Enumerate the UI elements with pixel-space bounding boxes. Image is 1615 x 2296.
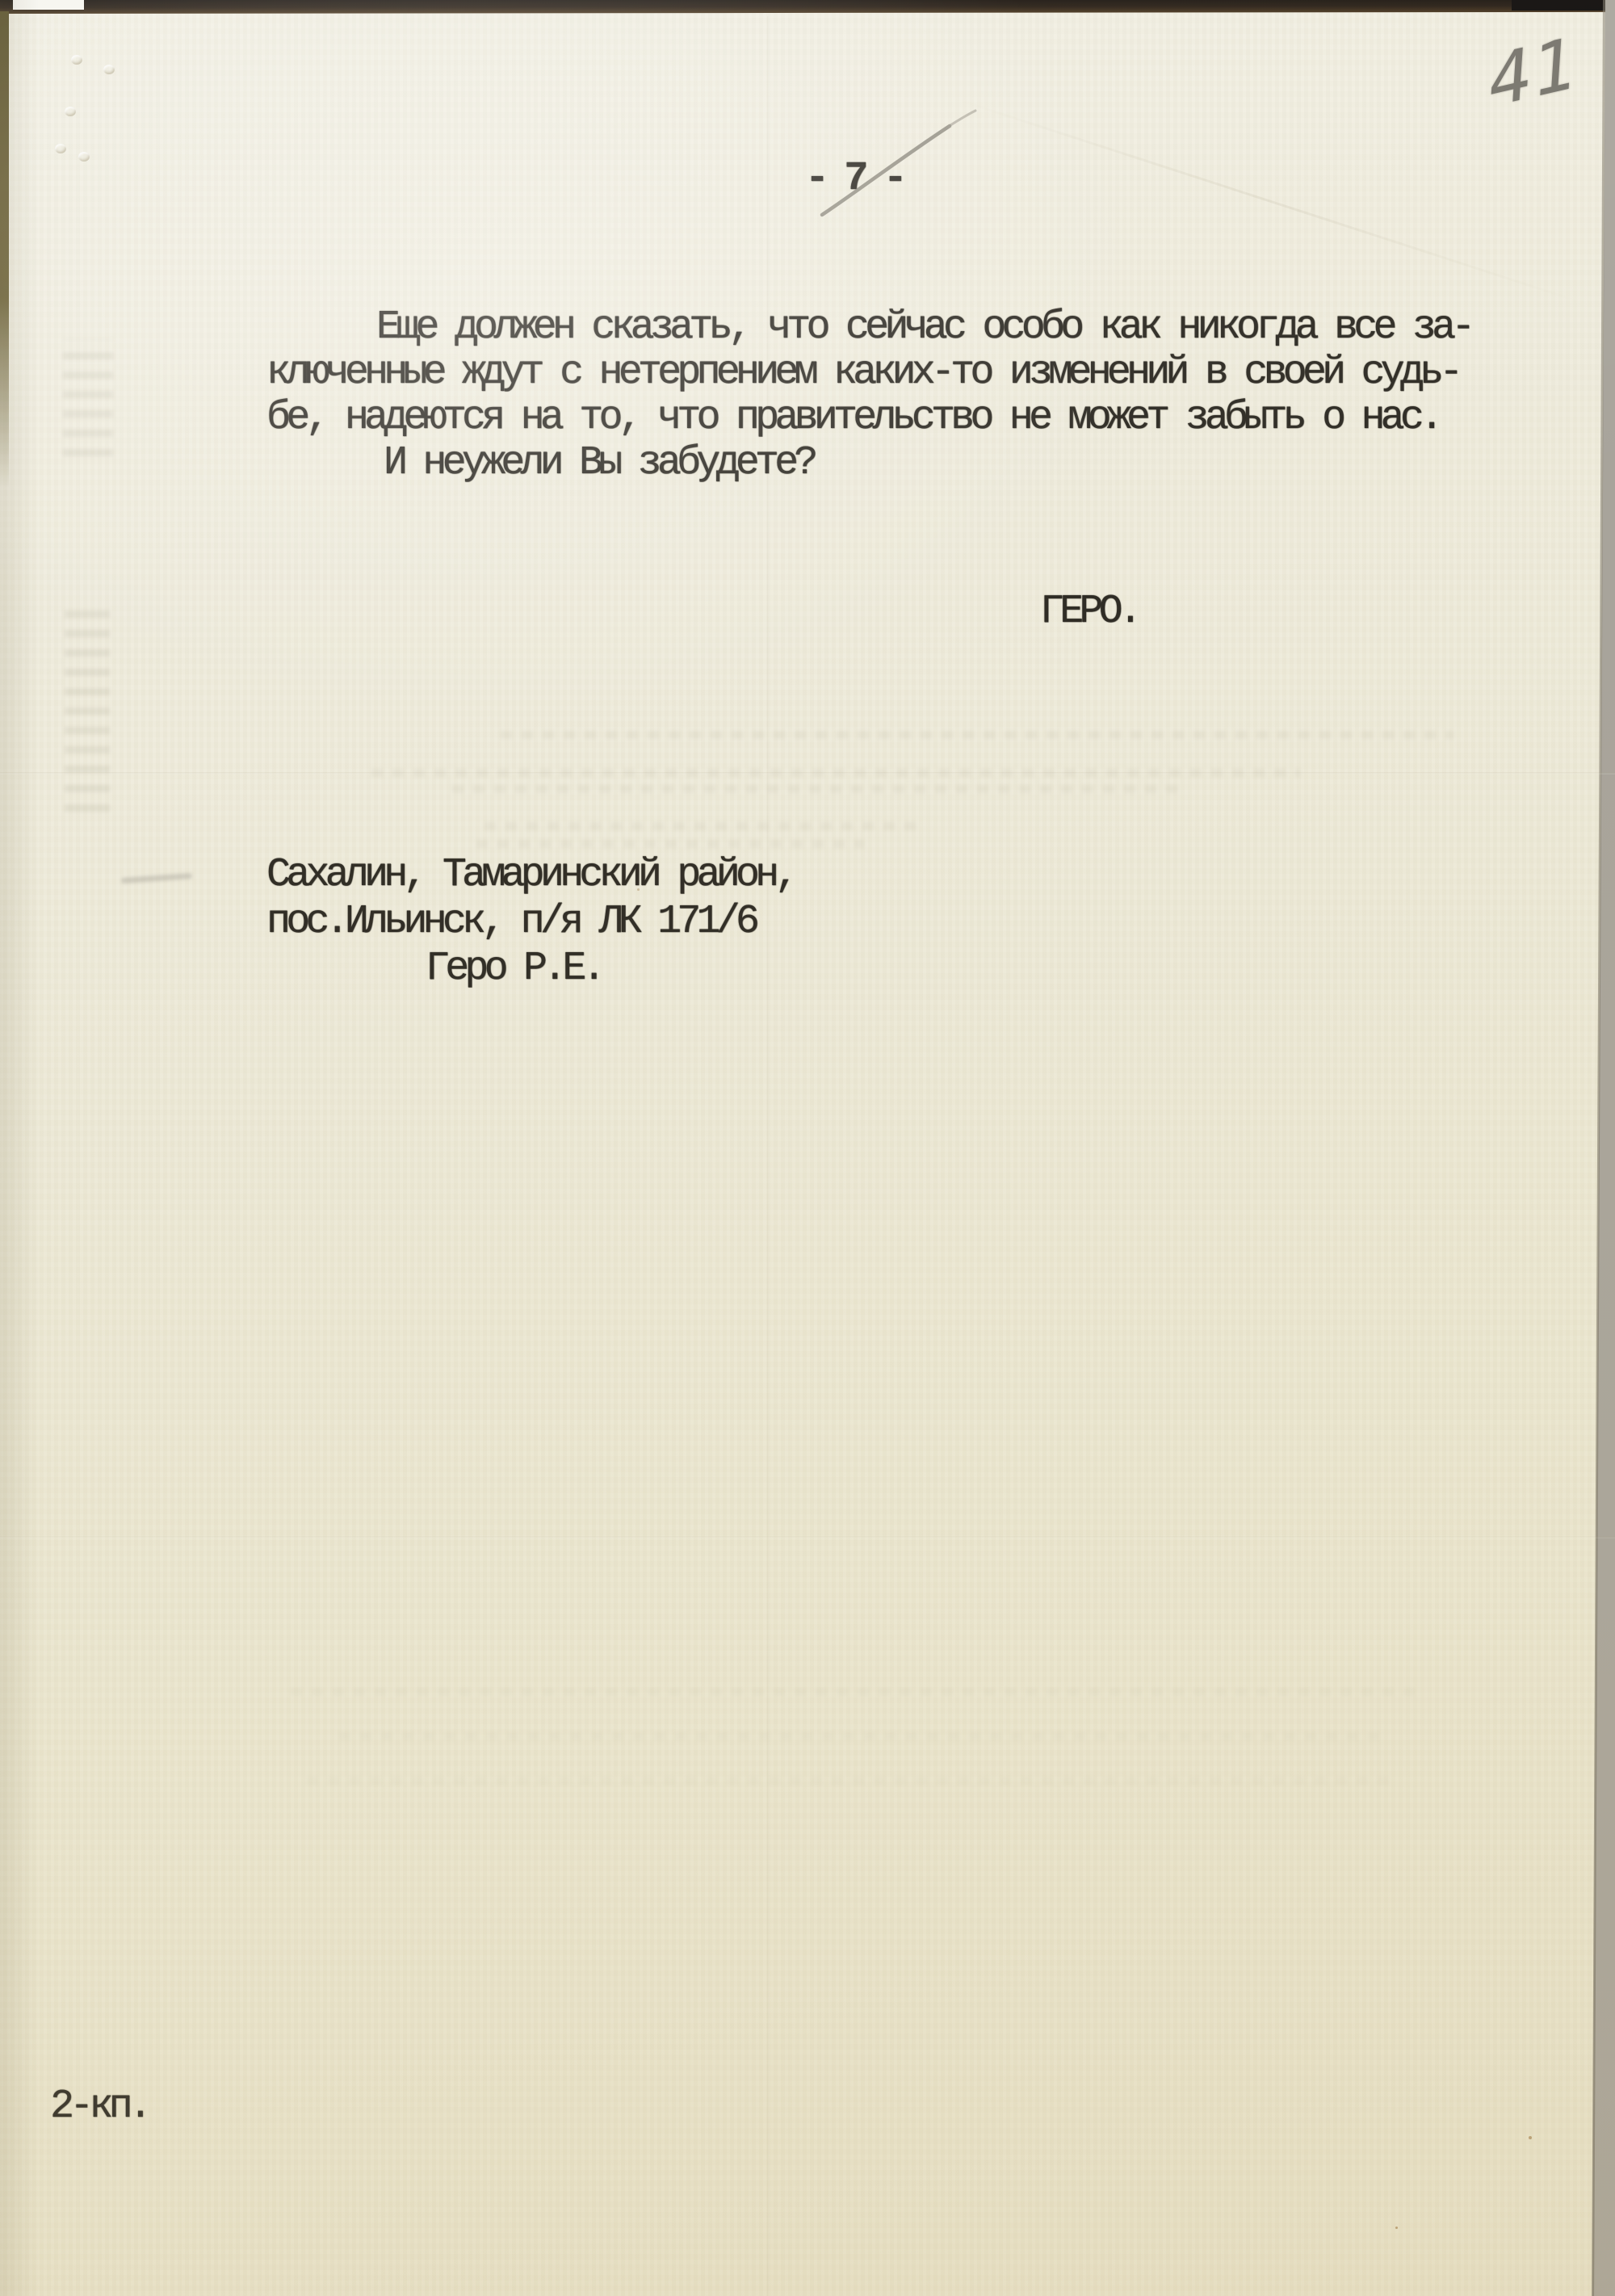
horizontal-fold-crease [0, 1536, 1615, 1538]
ghost-text-row [307, 1777, 1397, 1785]
paper-speck [1529, 2136, 1532, 2139]
scanned-document-page: 41 - 7 - Еще должен сказать, что сейчас … [0, 0, 1615, 2296]
address-line: Геро Р.Е. [266, 946, 795, 993]
copy-count-note: 2-кп. [50, 2084, 148, 2130]
horizontal-fold-crease [0, 772, 1615, 774]
emboss-mark [65, 107, 76, 116]
left-edge-shadow [0, 0, 48, 2296]
emboss-mark [55, 144, 66, 153]
pencil-scribble [121, 873, 192, 884]
bleed-through-marks [65, 606, 110, 812]
scan-top-edge [0, 0, 1615, 14]
ghost-text-row [501, 731, 1453, 739]
ghost-text-row [484, 822, 921, 830]
emboss-mark [78, 152, 90, 162]
ghost-text-row [339, 1732, 1389, 1740]
address-line: Сахалин, Тамаринский район, [266, 852, 795, 899]
body-line: бе, надеются на то, что правительство не… [266, 396, 1470, 441]
handwritten-page-number: 41 [1483, 22, 1584, 124]
scan-top-right-corner [1512, 0, 1615, 10]
bleed-through-marks [63, 339, 113, 456]
emboss-mark [71, 55, 82, 65]
body-line: И неужели Вы забудете? [266, 441, 1470, 486]
signature: ГЕРО. [1040, 589, 1138, 635]
ghost-text-row [452, 785, 1179, 793]
diagonal-crease [953, 97, 1584, 304]
sender-address: Сахалин, Тамаринский район, пос.Ильинск,… [266, 852, 795, 993]
body-line: Еще должен сказать, что сейчас особо как… [266, 305, 1470, 350]
ghost-text-row [291, 1688, 1421, 1696]
address-line: пос.Ильинск, п/я ЛК 171/6 [266, 899, 795, 946]
ghost-text-row [476, 840, 864, 848]
emboss-mark [103, 65, 115, 74]
pencil-strike-icon [791, 105, 1001, 226]
body-paragraph: Еще должен сказать, что сейчас особо как… [266, 305, 1470, 486]
body-line: ключенные ждут с нетерпением каких-то из… [266, 350, 1470, 396]
paper-speck [1395, 2227, 1398, 2229]
